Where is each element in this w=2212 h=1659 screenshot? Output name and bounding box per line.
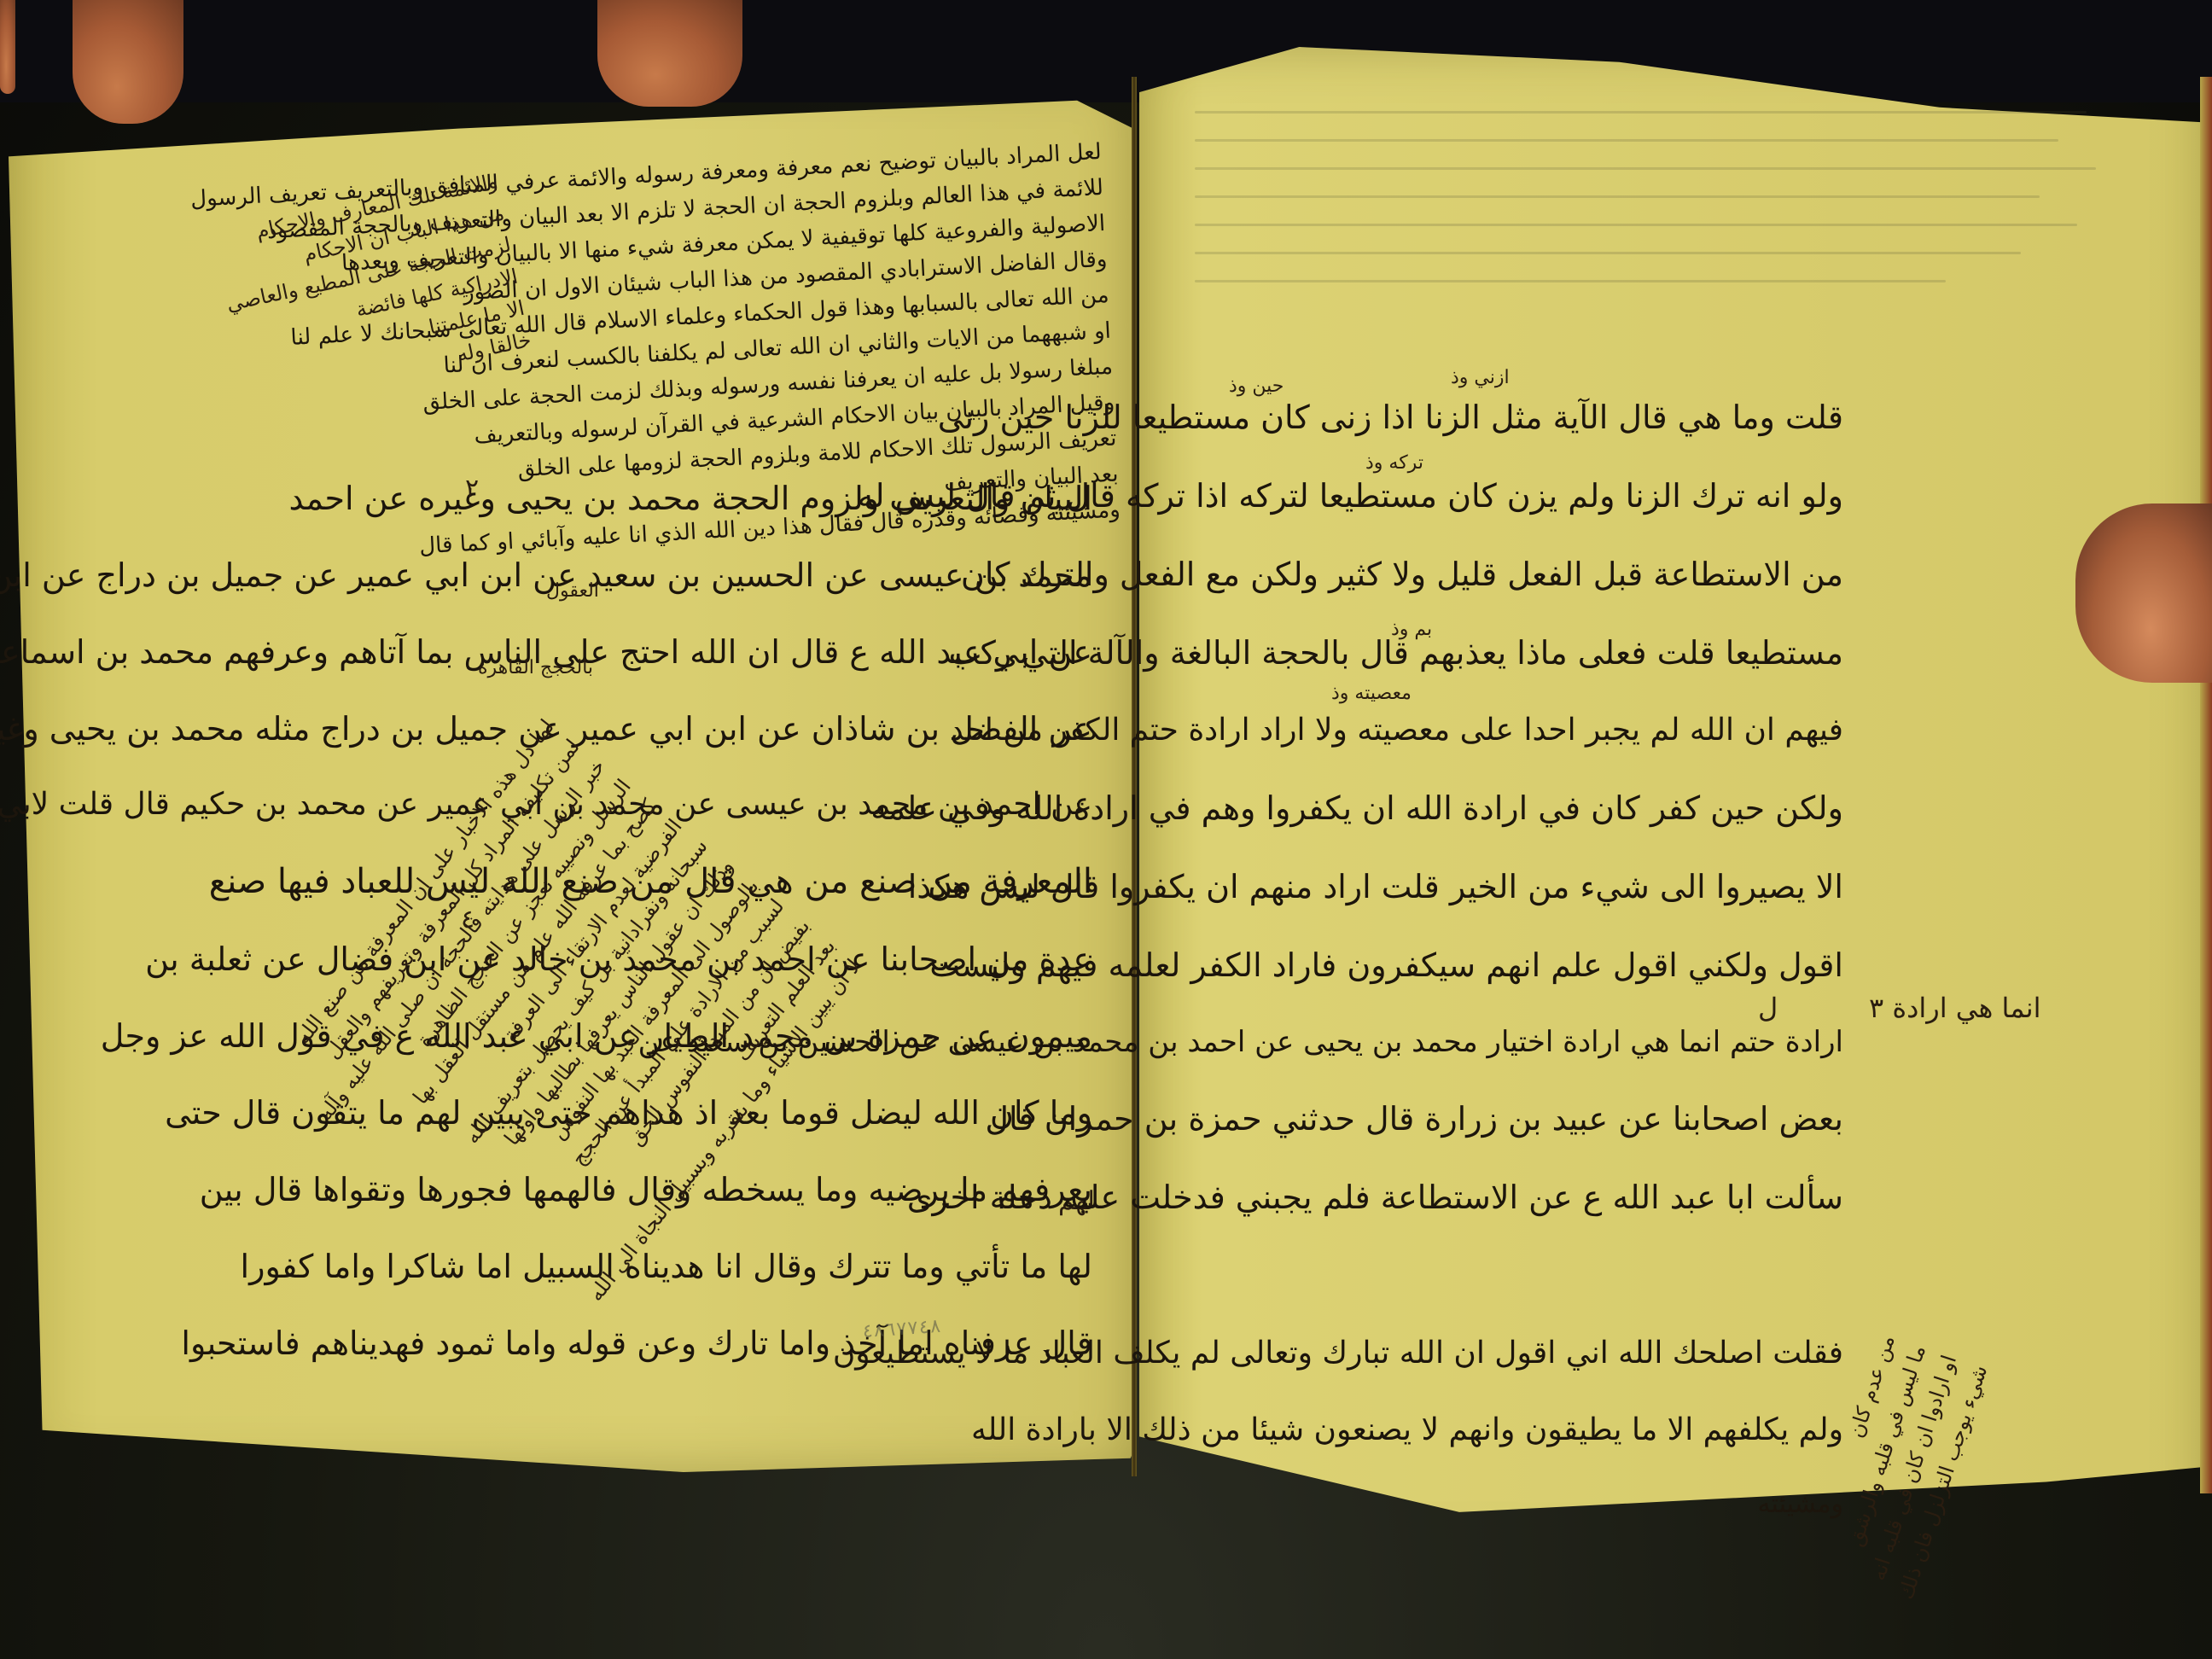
dark-background-top — [0, 0, 2212, 102]
interlinear-gloss: العقول — [546, 580, 599, 602]
main-line: مستطيعا قلت فعلى ماذا يعذبهم قال بالحجة … — [1186, 637, 1843, 669]
line-marker: ٢ — [465, 474, 479, 504]
main-line: بعض اصحابنا عن عبيد بن زرارة قال حدثني ح… — [1186, 1103, 1843, 1135]
margin-letter: ل — [1758, 992, 1778, 1024]
main-line: ارادة حتم انما هي ارادة اختيار محمد بن ي… — [1186, 1027, 1843, 1057]
thumb-right — [2075, 504, 2212, 683]
interlinear-gloss: بم وذ — [1391, 619, 1432, 640]
main-line: اقول ولكني اقول علم انهم سيكفرون فاراد ا… — [1186, 949, 1843, 981]
main-line: الا يصيروا الى شيء من الخير قلت اراد منه… — [1186, 870, 1843, 903]
main-line: ولكن حين كفر كان في ارادة الله ان يكفروا… — [1186, 792, 1843, 824]
main-line: ولم يكلفهم الا ما يطيقون وانهم لا يصنعون… — [1186, 1415, 1843, 1446]
interlinear-gloss: حين وذ — [1229, 375, 1284, 397]
finger-left-edge — [0, 0, 15, 94]
main-line: فقلت اصلحك الله اني اقول ان الله تبارك و… — [1186, 1338, 1843, 1369]
main-line: من الاستطاعة قبل الفعل قليل ولا كثير ولك… — [1186, 558, 1843, 591]
main-line: فيهم ان الله لم يجبر احدا على معصيته ولا… — [1186, 715, 1843, 746]
main-line: ولو انه ترك الزنا ولم يزن كان مستطيعا لت… — [1186, 480, 1843, 512]
main-line: قلت وما هي قال الآية مثل الزنا اذا زنى ك… — [1186, 401, 1843, 434]
interlinear-gloss: بالحجج القاهرة — [478, 657, 593, 678]
main-line: ومشيئته — [1186, 1492, 1843, 1517]
margin-note: انما هي ارادة ٣ — [1869, 992, 2041, 1024]
book-edge — [2200, 77, 2212, 1493]
finger-center-left — [597, 0, 742, 107]
main-line: سألت ابا عبد الله ع عن الاستطاعة فلم يجب… — [1186, 1181, 1843, 1214]
interlinear-gloss: معصيته وذ — [1331, 683, 1412, 704]
interlinear-gloss: ازني وذ — [1451, 367, 1510, 388]
bleed-through-text — [1195, 111, 2133, 401]
finger-left — [73, 0, 183, 124]
right-main-text: قلت وما هي قال الآية مثل الزنا اذا زنى ك… — [1186, 401, 1843, 1563]
interlinear-gloss: تركه وذ — [1365, 452, 1423, 474]
